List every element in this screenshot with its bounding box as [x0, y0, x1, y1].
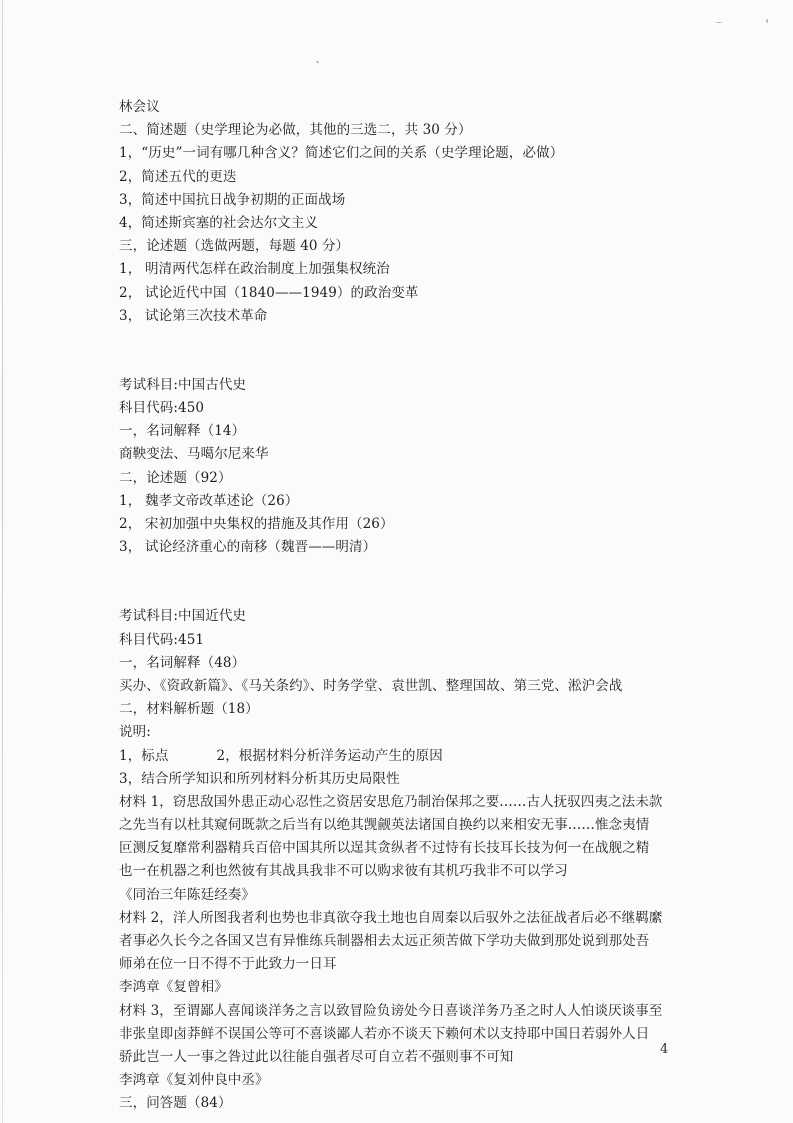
material-line: 叵测反复靡常利器精兵百倍中国其所以逞其贪纵者不过恃有长技耳长技为何一在战舰之精	[119, 837, 694, 860]
material-line: 材料 1，窃思敌国外患正动心忍性之资居安思危乃制治保邦之要……古人抚驭四夷之法未…	[119, 791, 694, 814]
section-header: 林会议	[119, 96, 699, 119]
material-line: 者事必久长今之各国又岂有异惟练兵制器相去太远正须苦做下学功夫做到那处说到那处吾	[119, 930, 694, 953]
instruction-item: 3，结合所学知识和所列材料分析其历史局限性	[119, 768, 699, 791]
question-text: 试论经济重心的南移（魏晋——明清）	[145, 539, 376, 555]
material-line: 非张皇即卤莽鲜不误国公等可不喜谈鄙人若亦不谈天下赖何术以支持耶中国日若弱外人日	[119, 1023, 694, 1046]
question-number: 1，	[119, 490, 145, 513]
scan-speck	[316, 61, 319, 63]
instruction-item: 1，标点	[119, 748, 169, 764]
page-number: 4	[660, 1042, 668, 1057]
question-item: 3，试论第三次技术革命	[119, 305, 699, 328]
part-title: 二，论述题（92）	[119, 467, 699, 490]
instruction-item: 2，根据材料分析洋务运动产生的原因	[217, 748, 443, 764]
question-item: 2，宋初加强中央集权的措施及其作用（26）	[119, 513, 699, 536]
scan-speck	[716, 22, 722, 23]
part-title: 二，材料解析题（18）	[119, 698, 699, 721]
subject-code: 科目代码:451	[119, 629, 699, 652]
instructions-label: 说明:	[119, 721, 699, 744]
material-source: 《同治三年陈廷经奏》	[119, 884, 699, 907]
question-item: 4，简述斯宾塞的社会达尔文主义	[119, 212, 699, 235]
question-number: 3，	[119, 536, 145, 559]
material-line: 也一在机器之利也然彼有其战具我非不可以购求彼有其机巧我非不可以学习	[119, 860, 694, 883]
section-spacer	[119, 328, 699, 374]
question-item: 2，简述五代的更迭	[119, 166, 699, 189]
terms-list: 买办、《资政新篇》、《马关条约》、时务学堂、袁世凯、整理国故、第三党、淞沪会战	[119, 675, 699, 698]
question-number: 2，	[119, 282, 145, 305]
question-number: 3，	[119, 305, 145, 328]
scan-edge	[2, 0, 3, 1123]
exam-page: 林会议 二、简述题（史学理论为必做，其他的三选二，共 30 分） 1，“历史”一…	[119, 96, 699, 1116]
material-source: 李鸿章《复刘仲良中丞》	[119, 1069, 699, 1092]
question-number: 1，	[119, 258, 145, 281]
part-title: 一，名词解释（14）	[119, 420, 699, 443]
material-line: 材料 3，至谓鄙人喜闻谈洋务之言以致冒险负谤处今日喜谈洋务乃圣之时人人怕谈厌谈事…	[119, 1000, 694, 1023]
material-source: 李鸿章《复曾相》	[119, 976, 699, 999]
question-item: 1，“历史”一词有哪几种含义？简述它们之间的关系（史学理论题，必做）	[119, 142, 699, 165]
part-title: 一，名词解释（48）	[119, 652, 699, 675]
material-line: 材料 2，洋人所图我者利也势也非真欲夺我土地也自周秦以后驭外之法征战者后必不继羁…	[119, 907, 694, 930]
instruction-row: 1，标点2，根据材料分析洋务运动产生的原因	[119, 745, 699, 768]
question-item: 2，试论近代中国（1840——1949）的政治变革	[119, 282, 699, 305]
question-item: 3，试论经济重心的南移（魏晋——明清）	[119, 536, 699, 559]
question-item: 3，简述中国抗日战争初期的正面战场	[119, 189, 699, 212]
terms-list: 商鞅变法、马噶尔尼来华	[119, 443, 699, 466]
subject-code: 科目代码:450	[119, 397, 699, 420]
question-text: 魏孝文帝改革述论（26）	[145, 493, 298, 509]
question-text: 试论近代中国（1840——1949）的政治变革	[145, 285, 419, 301]
part-title: 三，论述题（选做两题，每题 40 分）	[119, 235, 699, 258]
question-text: 明清两代怎样在政治制度上加强集权统治	[145, 261, 390, 277]
material-line: 骄此岂一人一事之咎过此以往能自强者尽可自立若不强则事不可知	[119, 1046, 694, 1069]
section-spacer	[119, 559, 699, 605]
exam-subject: 考试科目:中国近代史	[119, 605, 699, 628]
question-text: 试论第三次技术革命	[145, 308, 267, 324]
material-line: 之先当有以杜其窥伺既款之后当有以绝其觊觎英法诸国自换约以来相安无事……惟念夷情	[119, 814, 694, 837]
question-item: 1，魏孝文帝改革述论（26）	[119, 490, 699, 513]
part-title: 二、简述题（史学理论为必做，其他的三选二，共 30 分）	[119, 119, 699, 142]
question-item: 1，明清两代怎样在政治制度上加强集权统治	[119, 258, 699, 281]
question-number: 2，	[119, 513, 145, 536]
part-title: 三，问答题（84）	[119, 1092, 699, 1115]
question-text: 宋初加强中央集权的措施及其作用（26）	[145, 516, 394, 532]
scan-speck	[766, 19, 768, 23]
material-line: 师弟在位一日不得不于此致力一日耳	[119, 953, 694, 976]
exam-subject: 考试科目:中国古代史	[119, 374, 699, 397]
